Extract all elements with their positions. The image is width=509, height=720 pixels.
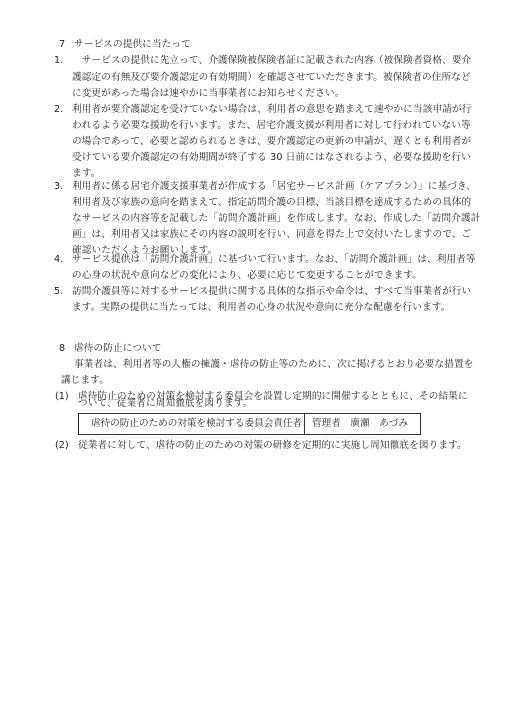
item-4-line-1: サービス提供は「訪問介護計画」に基づいて行います。なお、「訪問介護計画」は、利用… xyxy=(72,254,476,266)
committee-responsible-label: 虐待の防止のための対策を検討する委員会責任者 xyxy=(79,414,305,434)
item-3-number: 3. xyxy=(54,181,63,193)
item-5-line-2: ます。実際の提供に当たっては、利用者の心身の状況や意向に充分な配慮を行います。 xyxy=(72,302,450,314)
item-3-line-1: 利用者に係る居宅介護支援事業者が作成する「居宅サービス計画（ケアプラン）」に基づ… xyxy=(72,181,476,193)
measure-2-line-1: 従業者に対して、虐待の防止のための対策の研修を定期的に実施し周知徹底を図ります。 xyxy=(78,440,467,452)
item-2-number: 2. xyxy=(54,104,63,116)
document-page: 7 サービスの提供に当たって 1. サービスの提供に先立って、介護保険被保険者証… xyxy=(0,0,509,720)
item-5-number: 5. xyxy=(54,286,63,298)
measure-1-line-2: ついて、従業者に周知徹底を図ります。 xyxy=(78,398,252,410)
section-8-intro-line-1: 事業者は、利用者等の人権の擁護・虐待の防止等のために、次に掲げるとおり必要な措置… xyxy=(74,359,474,371)
measure-1-number: (1) xyxy=(55,391,69,403)
measure-2-number: (2) xyxy=(55,440,69,452)
item-3-line-4: 画」は、利用者又は家族にその内容の説明を行い、同意を得た上で交付いたしますので、… xyxy=(72,229,471,241)
item-1-line-1: サービスの提供に先立って、介護保険被保険者証に記載された内容（被保険者資格、要介 xyxy=(72,55,471,67)
item-5-line-1: 訪問介護員等に対するサービス提供に関する具体的な指示や命令は、すべて当事業者が行… xyxy=(72,286,471,298)
section-8-intro-line-2: 講じます。 xyxy=(61,375,109,387)
section-8-title: 虐待の防止について xyxy=(74,343,162,355)
committee-responsible-value: 管理者 廣瀬 あづみ xyxy=(305,414,420,434)
committee-responsible-table: 虐待の防止のための対策を検討する委員会責任者 管理者 廣瀬 あづみ xyxy=(78,413,421,435)
item-3-line-2: 利用者及び家族の意向を踏まえて、指定訪問介護の目標、当該目標を達成するための具体… xyxy=(72,197,471,209)
item-1-line-2: 護認定の有無及び要介護認定の有効期間）を確認させていただきます。被保険者の住所な… xyxy=(72,72,471,84)
item-4-number: 4. xyxy=(54,254,63,266)
item-4-line-2: の心身の状況や意向などの変化により、必要に応じて変更することができます。 xyxy=(72,270,422,282)
section-8-number: 8 xyxy=(59,343,65,355)
item-2-line-4: 受けている要介護認定の有効期間が終了する 30 日前にはなされるよう、必要な援助… xyxy=(72,152,471,164)
section-7-number: 7 xyxy=(59,39,65,51)
item-1-line-3: に変更があった場合は速やかに当事業者にお知らせください。 xyxy=(72,88,344,100)
item-2-line-2: われるよう必要な援助を行います。また、居宅介護支援が利用者に対して行われていない… xyxy=(72,120,471,132)
item-2-line-5: ます。 xyxy=(72,168,100,180)
item-2-line-3: の場合であって、必要と認められるときは、要介護認定の更新の申請が、遅くとも利用者… xyxy=(72,136,471,148)
section-7-title: サービスの提供に当たって xyxy=(74,39,191,51)
item-1-number: 1. xyxy=(54,55,63,67)
item-2-line-1: 利用者が要介護認定を受けていない場合は、利用者の意思を踏まえて速やかに当該申請が… xyxy=(72,104,472,116)
item-3-line-3: なサービスの内容等を記載した「訪問介護計画」を作成します。なお、作成した「訪問介… xyxy=(72,213,480,225)
